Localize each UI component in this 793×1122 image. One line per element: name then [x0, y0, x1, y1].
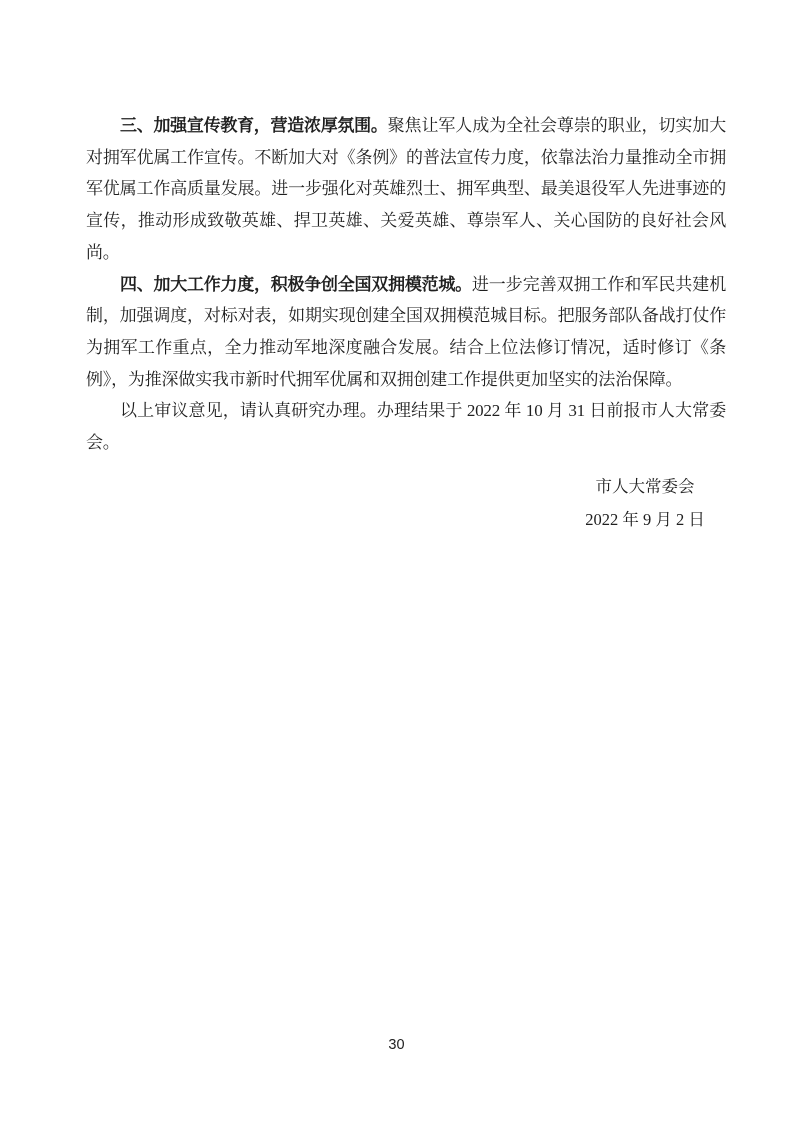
paragraph-lead: 三、加强宣传教育，营造浓厚氛围。 [120, 116, 388, 135]
document-page: 三、加强宣传教育，营造浓厚氛围。聚焦让军人成为全社会尊崇的职业，切实加大对拥军优… [0, 0, 793, 1122]
document-body: 三、加强宣传教育，营造浓厚氛围。聚焦让军人成为全社会尊崇的职业，切实加大对拥军优… [86, 110, 726, 459]
paragraph: 三、加强宣传教育，营造浓厚氛围。聚焦让军人成为全社会尊崇的职业，切实加大对拥军优… [86, 110, 726, 269]
paragraph-text: 聚焦让军人成为全社会尊崇的职业，切实加大对拥军优属工作宣传。不断加大对《条例》的… [86, 116, 726, 262]
paragraph: 四、加大工作力度，积极争创全国双拥模范城。进一步完善双拥工作和军民共建机制，加强… [86, 269, 726, 396]
signature-block: 市人大常委会 2022 年 9 月 2 日 [500, 470, 790, 536]
page-number: 30 [0, 1037, 793, 1053]
paragraph-lead: 四、加大工作力度，积极争创全国双拥模范城。 [120, 275, 472, 294]
paragraph-text: 以上审议意见，请认真研究办理。办理结果于 2022 年 10 月 31 日前报市… [86, 401, 726, 452]
paragraph: 以上审议意见，请认真研究办理。办理结果于 2022 年 10 月 31 日前报市… [86, 395, 726, 458]
signature-date: 2022 年 9 月 2 日 [500, 503, 790, 536]
signature-name: 市人大常委会 [500, 470, 790, 503]
